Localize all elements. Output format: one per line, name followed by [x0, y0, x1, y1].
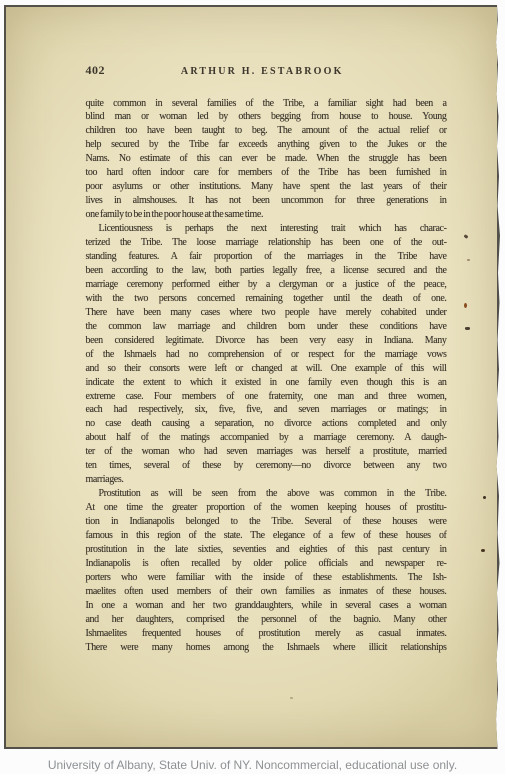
text-line: too hard often indoor care for members o… [86, 166, 447, 180]
paper-speckle [465, 327, 470, 330]
scanned-page: 402 ARTHUR H. ESTABROOK quite common in … [4, 5, 500, 749]
text-line: indicate the extent to which it existed … [86, 376, 447, 390]
text-line: extreme case. Four members of one frater… [86, 390, 447, 404]
page-number: 402 [86, 63, 106, 78]
text-line: poor asylums or other institutions. Many… [86, 180, 447, 194]
text-line: each had respectively, six, five, five, … [86, 403, 447, 417]
text-line: Prostitution as will be seen from the ab… [86, 487, 447, 501]
text-line: porters who were familiar with the insid… [86, 571, 447, 585]
text-line: There have been many cases where two peo… [86, 306, 447, 320]
text-line: been considered legitimate. Divorce has … [86, 334, 447, 348]
text-line: In one a woman and her two granddaughter… [86, 599, 447, 613]
text-line: terized the Tribe. The loose marriage re… [86, 236, 447, 250]
text-line: been according to the law, both parties … [86, 264, 447, 278]
footer-caption: University of Albany, State Univ. of NY.… [0, 758, 505, 772]
text-line: and her daughters, comprised the personn… [86, 613, 447, 627]
text-line: and so their consorts were left or chang… [86, 362, 447, 376]
text-line: one family to be in the poor house at th… [86, 208, 447, 222]
text-line: marriages. [86, 473, 447, 487]
text-line: maelites often used members of their own… [86, 585, 447, 599]
paper-speckle [290, 697, 293, 699]
text-line: prostitution in the late sixties, sevent… [86, 543, 447, 557]
paper-speckle [483, 496, 486, 499]
text-line: At one time the greater proportion of th… [86, 501, 447, 515]
text-line: marriage ceremony performed either by a … [86, 278, 447, 292]
text-line: Nams. No estimate of this can ever be ma… [86, 152, 447, 166]
text-line: Licentiousness is perhaps the next inter… [86, 222, 447, 236]
text-line: ter of the woman who had seven marriages… [86, 445, 447, 459]
text-line: ten times, several of these by ceremony—… [86, 459, 447, 473]
text-line: children too have been taught to beg. Th… [86, 124, 447, 138]
text-line: There were many homes among the Ishmaels… [86, 641, 447, 655]
page-surface: 402 ARTHUR H. ESTABROOK quite common in … [6, 7, 498, 748]
text-line: blind man or woman led by others begging… [86, 110, 447, 124]
text-line: the common law marriage and children bor… [86, 320, 447, 334]
text-line: standing features. A fair proportion of … [86, 250, 447, 264]
text-line: help secured by the Tribe far exceeds an… [86, 138, 447, 152]
paper-speckle [467, 259, 470, 261]
running-head: 402 ARTHUR H. ESTABROOK [86, 63, 446, 78]
running-header-title: ARTHUR H. ESTABROOK [105, 66, 446, 77]
text-line: Indianapolis is often recalled by older … [86, 557, 447, 571]
text-line: lives in almshouses. It has not been unc… [86, 194, 447, 208]
page-text: quite common in several families of the … [86, 97, 447, 655]
scan-viewer: 402 ARTHUR H. ESTABROOK quite common in … [0, 0, 505, 774]
paper-speckle [464, 303, 467, 308]
paper-speckle [463, 234, 468, 239]
text-line: with the two persons concerned remaining… [86, 292, 447, 306]
text-line: Ishmaelites frequented houses of prostit… [86, 627, 447, 641]
text-line: about half of the matings accompanied by… [86, 431, 447, 445]
text-line: tion in Indianapolis belonged to the Tri… [86, 515, 447, 529]
text-line: of the Ishmaels had no comprehension of … [86, 348, 447, 362]
text-line: famous in this region of the state. The … [86, 529, 447, 543]
text-line: quite common in several families of the … [86, 97, 447, 111]
paper-speckle [481, 549, 485, 552]
text-line: no case death causing a separation, no d… [86, 417, 447, 431]
